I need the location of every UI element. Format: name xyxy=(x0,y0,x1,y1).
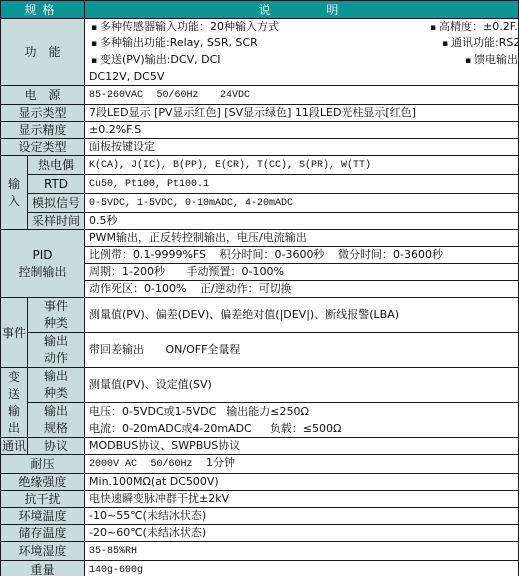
insulation-value: Min.100MΩ(at DC500V) xyxy=(85,474,519,491)
env-humidity-value: 35-85%RH xyxy=(85,542,519,561)
pid-dead-zone: 动作死区：0-100% xyxy=(89,282,186,295)
transmit-current-load: 负载：≤500Ω xyxy=(270,422,342,435)
row-weight: 重量 140g-600g xyxy=(1,561,519,576)
label-line: 动作 xyxy=(44,351,68,365)
label-line: 规格 xyxy=(44,421,68,435)
row-display-type: 显示类型 7段LED显示 [PV显示红色] [SV显示绿色] 11段LED光柱显… xyxy=(1,105,519,122)
label-transmit: 变送输出 xyxy=(1,368,28,438)
label-setting-type: 设定类型 xyxy=(1,139,85,156)
row-pid-1: PID控制输出 PWM输出，正反转控制输出，电压/电流输出 xyxy=(1,230,519,247)
setting-type-value: 面板按键设定 xyxy=(85,139,519,156)
function-line: 高精度：±0.2F.S或±0.3F.S xyxy=(430,19,518,36)
function-line: 多种输出功能:Relay, SSR, SCR xyxy=(91,35,258,52)
weight-text: 140g-600g xyxy=(89,565,143,576)
label-rtd: RTD xyxy=(28,175,85,194)
analog-text: 0-5VDC, 1-5VDC, 0-10mADC, 4-20mADC xyxy=(89,198,293,209)
display-type-value: 7段LED显示 [PV显示红色] [SV显示绿色] 11段LED光柱显示[红色] xyxy=(85,105,519,122)
function-value: 多种传感器输入功能：20种输入方式 高精度：±0.2F.S或±0.3F.S 多种… xyxy=(85,19,519,86)
label-protocol: 协议 xyxy=(28,438,85,455)
label-transmit-text: 变送输出 xyxy=(7,369,21,437)
row-power: 电源 85-260VAC 50/60Hz 24VDC xyxy=(1,86,519,105)
label-line: 输出 xyxy=(44,334,68,348)
comm-value: MODBUS协议、SWPBUS协议 xyxy=(85,438,519,455)
sampling-value: 0.5秒 xyxy=(85,213,519,230)
thermocouple-text: K(CA), J(IC), B(PP), E(CR), T(CC), S(PR)… xyxy=(89,160,371,171)
label-analog: 模拟信号 xyxy=(28,194,85,213)
row-display-precision: 显示精度 ±0.2%F.S xyxy=(1,122,519,139)
header-row: 规格 说 明 xyxy=(1,1,519,19)
spec-table: 规格 说 明 功能 多种传感器输入功能：20种输入方式 高精度：±0.2F.S或… xyxy=(0,0,519,576)
label-line: 种类 xyxy=(44,386,68,400)
row-setting-type: 设定类型 面板按键设定 xyxy=(1,139,519,156)
pid-derivative: 微分时间：0-3600秒 xyxy=(338,248,443,261)
withstand-frequency: 50/60Hz xyxy=(151,459,193,470)
withstand-duration: 1分钟 xyxy=(206,456,235,469)
label-env-humidity: 环境湿度 xyxy=(1,542,85,561)
analog-value: 0-5VDC, 1-5VDC, 0-10mADC, 4-20mADC xyxy=(85,194,519,213)
row-withstand: 耐压 2000V AC 50/60Hz 1分钟 xyxy=(1,455,519,474)
label-transmit-type: 输出种类 xyxy=(28,368,85,403)
row-input-analog: 模拟信号 0-5VDC, 1-5VDC, 0-10mADC, 4-20mADC xyxy=(1,194,519,213)
pid-period: 周期：1-200秒 手动预置：0-100% xyxy=(85,264,519,281)
row-env-temp: 环境温度 -10~55℃(未结冰状态) xyxy=(1,508,519,525)
rtd-value: Cu50, Pt100, Pt100.1 xyxy=(85,175,519,194)
label-transmit-spec-text: 输出规格 xyxy=(32,403,80,437)
weight-value: 140g-600g xyxy=(85,561,519,576)
row-transmit-type: 变送输出 输出种类 测量值(PV)、设定值(SV) xyxy=(1,368,519,403)
power-frequency: 50/60Hz xyxy=(157,90,199,101)
transmit-current: 电流：0-20mADC或4-20mADC xyxy=(89,422,252,435)
label-power: 电源 xyxy=(1,86,85,105)
thermocouple-value: K(CA), J(IC), B(PP), E(CR), T(CC), S(PR)… xyxy=(85,156,519,175)
label-line: 事件 xyxy=(44,299,68,313)
label-input: 输入 xyxy=(1,156,28,230)
transmit-voltage: 电压：0-5VDC或1-5VDC xyxy=(89,405,216,418)
label-pid-line1: PID xyxy=(33,248,53,262)
label-function: 功能 xyxy=(1,19,85,86)
label-line: 输出 xyxy=(44,369,68,383)
label-pid: PID控制输出 xyxy=(1,230,85,298)
event-action-onoff: ON/OFF全量程 xyxy=(166,343,241,356)
label-display-precision: 显示精度 xyxy=(1,122,85,139)
pid-manual-preset: 手动预置：0-100% xyxy=(186,265,283,278)
header-spec: 规格 xyxy=(1,1,85,19)
pid-integral: 积分时间：0-3600秒 xyxy=(220,248,325,261)
label-event-type-text: 事件种类 xyxy=(32,298,80,332)
pid-output-type: PWM输出，正反转控制输出，电压/电流输出 xyxy=(85,230,519,247)
transmit-type-value: 测量值(PV)、设定值(SV) xyxy=(85,368,519,403)
label-weight: 重量 xyxy=(1,561,85,576)
storage-temp-value: -20~60℃(未结冰状态) xyxy=(85,525,519,542)
row-input-rtd: RTD Cu50, Pt100, Pt100.1 xyxy=(1,175,519,194)
function-line: 通讯功能:RS232, RS485 xyxy=(442,35,518,52)
event-action-hysteresis: 带回差输出 xyxy=(89,343,144,356)
row-storage-temp: 储存温度 -20~60℃(未结冰状态) xyxy=(1,525,519,542)
header-desc: 说 明 xyxy=(85,1,519,19)
pid-deadband: 动作死区：0-100% 正/逆动作：可切换 xyxy=(85,281,519,298)
row-insulation: 绝缘强度 Min.100MΩ(at DC500V) xyxy=(1,474,519,491)
label-env-temp: 环境温度 xyxy=(1,508,85,525)
label-event: 事件 xyxy=(1,298,28,368)
row-transmit-spec: 输出规格 电压：0-5VDC或1-5VDC输出能力≤250Ω 电流：0-20mA… xyxy=(1,403,519,438)
label-insulation: 绝缘强度 xyxy=(1,474,85,491)
env-temp-value: -10~55℃(未结冰状态) xyxy=(85,508,519,525)
label-pid-line2: 控制输出 xyxy=(19,265,67,279)
pid-params: 比例带：0.1-9999%FS 积分时间：0-3600秒 微分时间：0-3600… xyxy=(85,247,519,264)
withstand-voltage: 2000V AC xyxy=(89,459,137,470)
row-event-action: 输出动作 带回差输出 ON/OFF全量程 xyxy=(1,333,519,368)
transmit-voltage-capacity: 输出能力≤250Ω xyxy=(226,405,309,418)
label-storage-temp: 储存温度 xyxy=(1,525,85,542)
function-line: 多种传感器输入功能：20种输入方式 xyxy=(91,19,279,36)
transmit-spec-lines: 电压：0-5VDC或1-5VDC输出能力≤250Ω 电流：0-20mADC或4-… xyxy=(89,403,514,437)
label-input-text: 输入 xyxy=(7,176,21,210)
row-input-sampling: 采样时间 0.5秒 xyxy=(1,213,519,230)
power-dc: 24VDC xyxy=(220,90,250,101)
row-function: 功能 多种传感器输入功能：20种输入方式 高精度：±0.2F.S或±0.3F.S… xyxy=(1,19,519,86)
row-interference: 抗干扰 电快速瞬变脉冲群干扰±2kV xyxy=(1,491,519,508)
row-env-humidity: 环境湿度 35-85%RH xyxy=(1,542,519,561)
label-display-type: 显示类型 xyxy=(1,105,85,122)
label-thermocouple: 热电偶 xyxy=(28,156,85,175)
rtd-text: Cu50, Pt100, Pt100.1 xyxy=(89,179,209,190)
label-line: 种类 xyxy=(44,316,68,330)
label-pid-text: PID控制输出 xyxy=(5,247,80,281)
withstand-value: 2000V AC 50/60Hz 1分钟 xyxy=(85,455,519,474)
pid-cycle: 周期：1-200秒 xyxy=(89,265,165,278)
row-input-thermocouple: 输入 热电偶 K(CA), J(IC), B(PP), E(CR), T(CC)… xyxy=(1,156,519,175)
power-voltage: 85-260VAC xyxy=(89,90,143,101)
label-transmit-spec: 输出规格 xyxy=(28,403,85,438)
transmit-spec-value: 电压：0-5VDC或1-5VDC输出能力≤250Ω 电流：0-20mADC或4-… xyxy=(85,403,519,438)
label-interference: 抗干扰 xyxy=(1,491,85,508)
label-sampling: 采样时间 xyxy=(28,213,85,230)
label-event-action-text: 输出动作 xyxy=(32,333,80,367)
function-line: DC12V, DC5V xyxy=(89,69,164,85)
event-action-value: 带回差输出 ON/OFF全量程 xyxy=(85,333,519,368)
label-rtd-text: RTD xyxy=(44,177,68,191)
label-withstand: 耐压 xyxy=(1,455,85,474)
label-comm: 通讯 xyxy=(1,438,28,455)
label-event-action: 输出动作 xyxy=(28,333,85,368)
pid-direction: 正/逆动作：可切换 xyxy=(200,282,292,295)
env-humidity-text: 35-85%RH xyxy=(89,546,137,557)
label-line: 输出 xyxy=(44,404,68,418)
label-event-type: 事件种类 xyxy=(28,298,85,333)
row-comm: 通讯 协议 MODBUS协议、SWPBUS协议 xyxy=(1,438,519,455)
display-precision-value: ±0.2%F.S xyxy=(85,122,519,139)
pid-proportional: 比例带：0.1-9999%FS xyxy=(89,248,206,261)
label-transmit-type-text: 输出种类 xyxy=(32,368,80,402)
event-type-value: 测量值(PV)、偏差(DEV)、偏差绝对值(|DEV|)、断线报警(LBA) xyxy=(85,298,519,333)
power-value: 85-260VAC 50/60Hz 24VDC xyxy=(85,86,519,105)
interference-value: 电快速瞬变脉冲群干扰±2kV xyxy=(85,491,519,508)
function-line: 馈电输出:DC24V， xyxy=(465,52,518,69)
function-line: 变送(PV)输出:DCV, DCI xyxy=(91,52,220,69)
row-event-type: 事件 事件种类 测量值(PV)、偏差(DEV)、偏差绝对值(|DEV|)、断线报… xyxy=(1,298,519,333)
